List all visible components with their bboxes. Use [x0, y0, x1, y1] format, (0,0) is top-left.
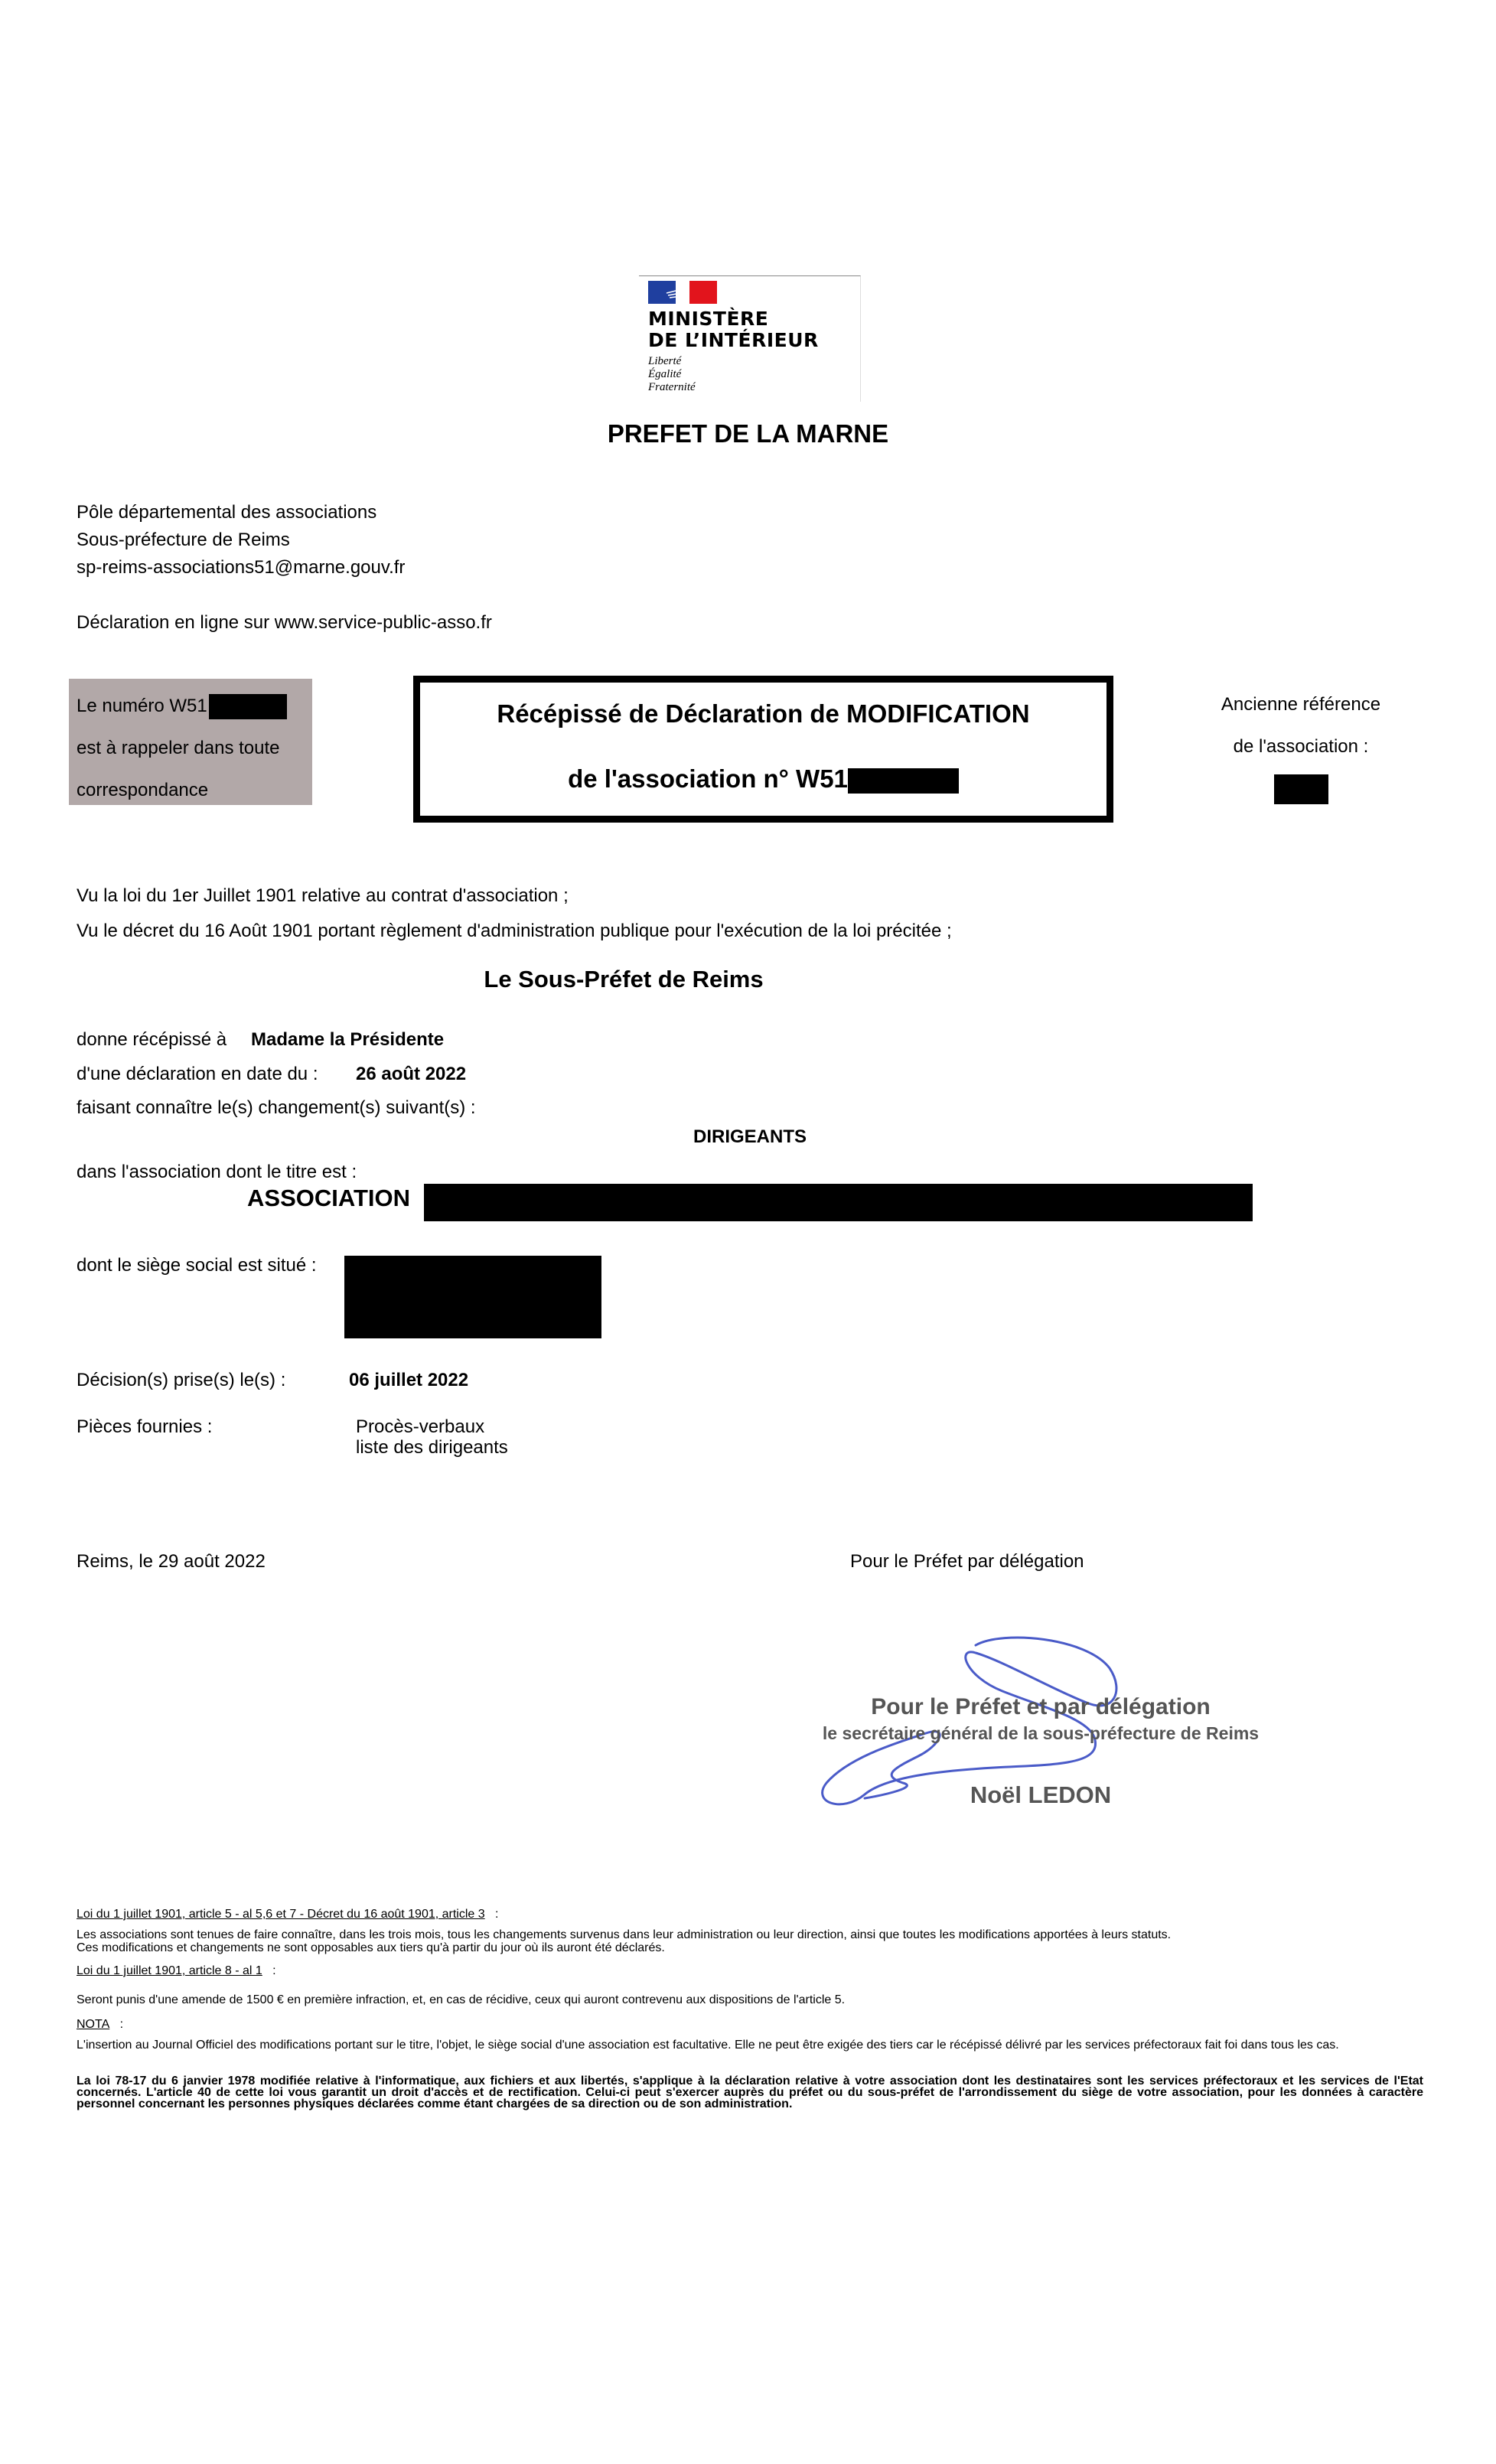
old-reference-label: Ancienne référence [1182, 683, 1419, 725]
redacted-seat-address [344, 1256, 601, 1338]
footer-nota-title: NOTA : [77, 2018, 1423, 2031]
redacted-old-reference [1274, 774, 1328, 804]
given-to-row: donne récépissé à [77, 1029, 227, 1051]
service-name: Pôle départemental des associations [77, 499, 492, 526]
old-reference-label-2: de l'association : [1182, 725, 1419, 768]
reminder-text: est à rappeler dans toute [77, 727, 312, 769]
documents-label: Pièces fournies : [77, 1416, 212, 1438]
prefet-title: PREFET DE LA MARNE [0, 419, 1496, 448]
republic-motto: Liberté Égalité Fraternité [648, 355, 696, 394]
ministry-logo: MINISTÈRE DE L’INTÉRIEUR Liberté Égalité… [639, 275, 861, 402]
changes-label: faisant connaître le(s) changement(s) su… [77, 1097, 476, 1119]
footer-law2-title: Loi du 1 juillet 1901, article 8 - al 1 … [77, 1964, 1423, 1977]
document-item: Procès-verbaux [356, 1416, 508, 1437]
legal-basis-decree: Vu le décret du 16 Août 1901 portant règ… [77, 914, 952, 949]
footer-law2-text: Seront punis d'une amende de 1500 € en p… [77, 1993, 1423, 2006]
documents-list: Procès-verbaux liste des dirigeants [356, 1416, 508, 1458]
declaration-date-value: 26 août 2022 [356, 1064, 466, 1085]
given-to-value: Madame la Présidente [251, 1029, 444, 1051]
delegation-text: Pour le Préfet par délégation [850, 1551, 1084, 1573]
stamp-line-1: Pour le Préfet et par délégation [750, 1694, 1331, 1720]
legal-basis: Vu la loi du 1er Juillet 1901 relative a… [77, 878, 952, 949]
reminder-number-label: Le numéro W51 [77, 696, 207, 716]
reference-reminder-box: Le numéro W51 est à rappeler dans toute … [69, 679, 312, 805]
title-label: dans l'association dont le titre est : [77, 1162, 357, 1183]
receipt-title: Récépissé de Déclaration de MODIFICATION [420, 699, 1107, 728]
stamp-line-2: le secrétaire général de la sous-préfect… [750, 1723, 1331, 1744]
redacted-association-title [424, 1184, 1253, 1221]
seat-label: dont le siège social est situé : [77, 1255, 317, 1276]
reminder-text-2: correspondance [77, 769, 312, 811]
changes-value: DIRIGEANTS [693, 1126, 807, 1148]
legal-basis-law: Vu la loi du 1er Juillet 1901 relative a… [77, 878, 952, 914]
footer-cnil-text: La loi 78-17 du 6 janvier 1978 modifiée … [77, 2075, 1423, 2110]
authority-title: Le Sous-Préfet de Reims [0, 966, 1247, 993]
footer-nota-text: L'insertion au Journal Officiel des modi… [77, 2039, 1423, 2052]
marianne-flag-icon [648, 281, 717, 304]
document-item: liste des dirigeants [356, 1437, 508, 1458]
receipt-title-box: Récépissé de Déclaration de MODIFICATION… [413, 676, 1113, 823]
place-date: Reims, le 29 août 2022 [77, 1551, 266, 1573]
footer-law1-text: Les associations sont tenues de faire co… [77, 1928, 1423, 1954]
online-declaration-link[interactable]: Déclaration en ligne sur www.service-pub… [77, 609, 492, 637]
service-contact-block: Pôle départemental des associations Sous… [77, 499, 492, 637]
old-reference: Ancienne référence de l'association : [1182, 683, 1419, 810]
association-number-line: de l'association n° W51 [420, 764, 1107, 794]
declaration-date-label: d'une déclaration en date du : [77, 1064, 318, 1085]
subprefecture-name: Sous-préfecture de Reims [77, 526, 492, 554]
signature-stamp: Pour le Préfet et par délégation le secr… [750, 1630, 1331, 1859]
decision-value: 06 juillet 2022 [349, 1370, 468, 1391]
ministry-name: MINISTÈRE DE L’INTÉRIEUR [648, 308, 819, 351]
signatory-name: Noël LEDON [750, 1781, 1331, 1809]
decision-label: Décision(s) prise(s) le(s) : [77, 1370, 285, 1391]
association-prefix: ASSOCIATION [247, 1185, 410, 1212]
redacted-association-number [848, 768, 959, 794]
footer-law1-title: Loi du 1 juillet 1901, article 5 - al 5,… [77, 1908, 1423, 1921]
service-email[interactable]: sp-reims-associations51@marne.gouv.fr [77, 554, 492, 582]
handwritten-signature-icon [750, 1630, 1331, 1859]
redacted-number [209, 694, 287, 719]
